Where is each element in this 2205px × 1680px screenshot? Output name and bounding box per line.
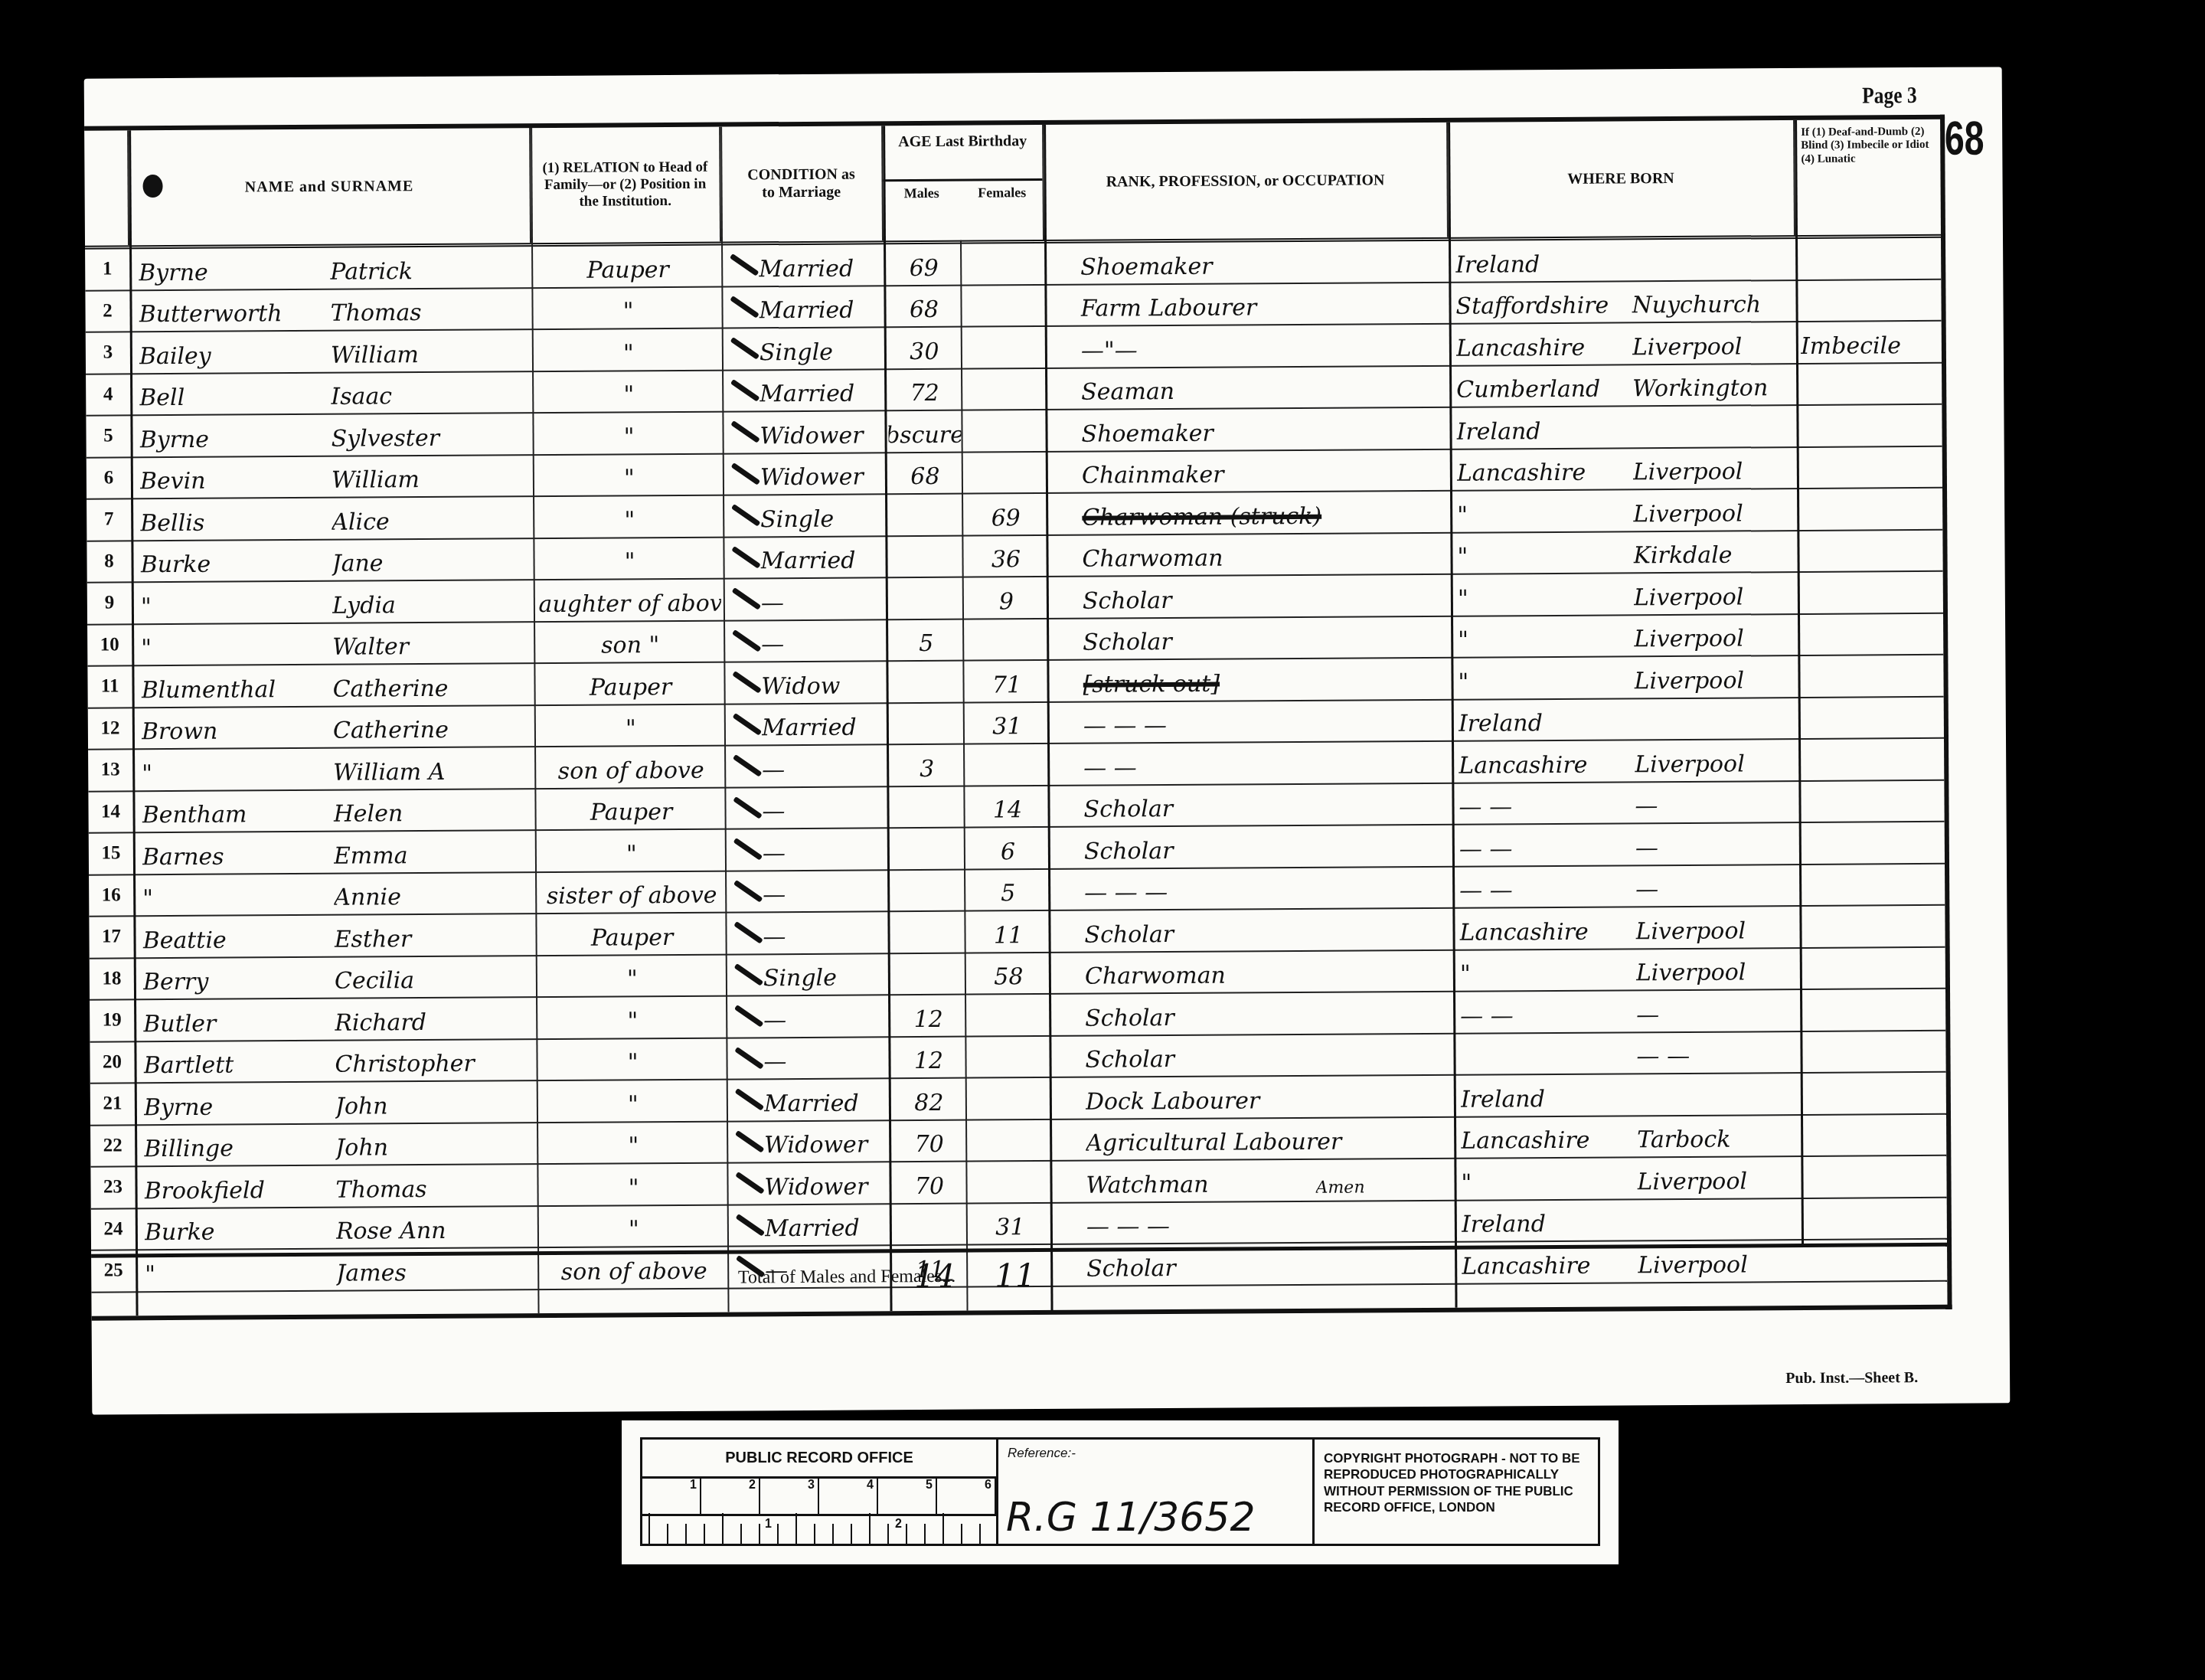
age-males-cell: 69 [887,244,960,285]
row-number-cell: 15 [89,833,133,874]
check-tick-icon [733,796,763,819]
header-where-born: WHERE BORN [1448,120,1795,237]
age-males-cell [893,1204,966,1244]
age-males-cell [891,912,964,953]
row-number-cell: 14 [88,792,132,832]
born-county-cell: " [1458,616,1634,657]
occupation-cell: Charwoman [1082,533,1442,575]
row-number-cell: 22 [90,1126,135,1166]
ruler-mark: 1 [642,1479,701,1514]
age-females-cell [969,1078,1050,1119]
relation-cell: " [541,830,723,871]
condition-cell: — [762,787,884,828]
header-age: AGE Last Birthday Males Females [883,125,1044,240]
infirmity-cell [1805,947,1950,989]
ruler-tick [704,1524,705,1544]
check-tick-icon [730,296,759,319]
ruler-mark: 3 [760,1479,819,1514]
forename-cell: John [335,1123,534,1165]
ruler-tick [722,1513,724,1544]
infirmity-cell [1802,613,1948,655]
forename-cell: Esther [334,914,533,956]
row-number-cell: 17 [89,917,133,957]
ruler-tick [648,1513,650,1544]
check-tick-icon [732,629,762,652]
row-number-cell: 1 [85,249,129,289]
ruler-inch-label: 2 [895,1518,902,1531]
born-county-cell: Lancashire [1459,907,1635,949]
infirmity-cell [1802,572,1948,613]
infirmity-cell [1803,697,1949,738]
born-county-cell: — — [1459,866,1635,907]
ruler-tick [906,1524,907,1544]
born-place-cell: Nuychurch [1632,281,1794,322]
relation-cell: daughter of above [539,580,721,621]
age-females-cell [965,410,1045,451]
occupation-cell: — — — [1086,1201,1446,1243]
born-county-cell: Ireland [1456,407,1632,448]
check-tick-icon [733,880,763,903]
relation-cell: Pauper [541,914,723,955]
born-place-cell: Tarbock [1637,1116,1799,1157]
header-row-number [84,130,129,245]
occupation-cell: Farm Labourer [1080,283,1440,325]
surname-cell: " [142,749,333,790]
condition-cell: Single [763,954,886,995]
forename-cell: Emma [334,831,533,872]
born-county-cell: — — [1459,824,1635,865]
age-females-cell: 5 [968,869,1048,910]
ruler-tick [795,1513,797,1544]
age-males-cell [890,662,962,702]
ruler-mark: 5 [878,1479,937,1514]
condition-cell: — [762,745,884,786]
born-place-cell: Kirkdale [1633,531,1795,573]
surname-cell: Burke [145,1208,336,1249]
check-tick-icon [730,379,760,402]
condition-cell: — [763,871,885,911]
ruler-tick [667,1524,668,1544]
born-place-cell: Liverpool [1632,322,1795,364]
born-place-cell: Liverpool [1634,573,1796,614]
age-females-cell [969,1036,1049,1077]
ruler-tick [685,1524,687,1544]
age-males-cell [890,703,963,744]
check-tick-icon [730,337,760,360]
relation-cell: Pauper [540,788,722,829]
born-place-cell: Liverpool [1636,949,1798,990]
check-tick-icon [731,504,761,527]
relation-cell: " [542,1080,724,1122]
age-females-cell [965,327,1045,368]
relation-cell: " [537,371,720,412]
age-females-cell [964,286,1044,326]
born-place-cell [1638,1199,1800,1240]
born-place-cell: Workington [1632,364,1795,406]
occupation-cell: Scholar [1083,783,1443,825]
infirmity-cell [1800,279,1945,321]
condition-cell: Married [764,1079,887,1119]
surname-cell: Berry [143,957,335,999]
totals-row: Total of Males and Females... 14 11 [91,1243,1947,1316]
age-females-cell: 31 [970,1203,1050,1244]
check-tick-icon [733,754,763,777]
relation-cell: " [538,496,720,538]
infirmity-cell [1805,1156,1951,1198]
forename-cell: Thomas [330,289,529,330]
surname-cell: Bentham [142,790,333,832]
age-males-cell [891,870,964,910]
born-county-cell: Staffordshire [1455,282,1632,323]
form-code: Pub. Inst.—Sheet B. [1785,1369,1918,1387]
condition-cell: Widower [764,1121,887,1162]
forename-cell: Helen [333,789,532,831]
condition-cell: Widower [759,411,882,452]
age-males-cell [890,578,962,619]
totals-males: 14 [914,1257,955,1295]
relation-cell: Pauper [539,663,721,704]
infirmity-cell [1804,864,1949,905]
born-county-cell: — — [1459,783,1635,824]
occupation-cell: Charwoman (struck) [1082,492,1442,534]
born-county-cell: Lancashire [1456,323,1632,364]
check-tick-icon [732,587,762,610]
check-tick-icon [731,462,761,485]
check-tick-icon [732,671,762,694]
infirmity-cell [1805,1031,1950,1072]
row-number-cell: 21 [90,1084,135,1124]
relation-cell: " [543,1205,725,1247]
born-place-cell [1635,698,1797,740]
born-county-cell [1460,1033,1636,1074]
header-occupation: RANK, PROFESSION, or OCCUPATION [1044,123,1449,240]
occupation-cell: Charwoman [1085,950,1445,992]
condition-cell: — [761,620,884,661]
surname-cell: Byrne [144,1083,335,1124]
born-place-cell [1632,406,1795,447]
surname-cell: Byrne [139,248,330,289]
infirmity-cell [1805,989,1950,1031]
ruler-tick [924,1524,926,1544]
age-males-cell: 72 [888,369,961,410]
age-males-cell: 82 [893,1079,965,1119]
infirmity-cell [1801,363,1946,404]
row-number-cell: 5 [86,416,130,456]
ruler-tick [740,1524,742,1544]
row-number-cell: 16 [89,875,133,916]
surname-cell: Beattie [142,916,334,957]
age-females-cell: 6 [968,828,1048,868]
age-females-cell: 14 [967,786,1047,826]
row-number-cell: 10 [87,625,132,665]
header-age-males: Males [884,185,960,201]
age-males-cell: 3 [890,745,963,786]
forename-cell: William A [333,747,532,789]
header-age-females: Females [960,185,1044,201]
ruler-tick [759,1524,760,1544]
relation-cell: " [542,1164,724,1205]
born-place-cell: Liverpool [1634,656,1796,698]
born-place-cell [1637,1074,1799,1115]
condition-cell: Married [762,704,884,744]
relation-cell: " [541,997,724,1038]
age-females-cell [965,369,1045,410]
born-place-cell: Liverpool [1635,740,1797,781]
age-males-cell: 5 [890,619,962,660]
ink-blot-icon [142,175,162,198]
surname-cell: " [141,623,332,665]
row-number-cell: 8 [87,541,131,582]
condition-cell: Widow [761,662,884,702]
row-number-cell: 20 [90,1042,134,1083]
row-number-cell: 13 [88,750,132,790]
infirmity-cell [1805,1114,1951,1155]
born-place-cell: Liverpool [1637,1157,1799,1198]
age-females-cell [965,453,1046,493]
relation-cell: " [542,1122,724,1163]
age-males-cell: [obscured] [888,411,961,452]
age-females-cell [964,244,1044,284]
reference-value: R.G 11/3652 [1006,1495,1256,1541]
condition-cell: Widower [764,1162,887,1203]
condition-cell: — [761,578,884,619]
occupation-cell: Chainmaker [1082,449,1442,492]
age-males-cell: 30 [888,328,961,368]
occupation-cell: Scholar [1085,992,1445,1034]
check-tick-icon [730,420,760,443]
check-tick-icon [731,546,761,569]
infirmity-cell [1802,530,1947,571]
born-county-cell: Ireland [1455,240,1632,281]
age-females-cell: 36 [965,536,1046,577]
born-county-cell: — — [1460,991,1636,1032]
row-number-cell: 12 [88,708,132,749]
age-females-cell [967,744,1047,785]
forename-cell: Rose Ann [336,1207,535,1248]
surname-cell: Burke [140,540,332,581]
infirmity-cell [1802,446,1947,488]
age-males-cell [889,495,962,535]
check-tick-icon [734,963,764,986]
check-tick-icon [730,253,759,276]
condition-cell: — [763,995,886,1036]
surname-cell: Brown [142,707,333,748]
copyright-notice: COPYRIGHT PHOTOGRAPH - NOT TO BE REPRODU… [1324,1450,1590,1515]
check-tick-icon [735,1172,765,1195]
occupation-cell: Shoemaker [1081,408,1441,450]
forename-cell: Alice [332,497,531,538]
occupation-cell: — — — [1084,867,1444,909]
age-females-cell [969,1162,1050,1202]
ruler-tick [832,1524,834,1544]
occupation-cell: Dock Labourer [1086,1076,1445,1118]
relation-cell: son of above [540,747,722,788]
surname-cell: " [142,874,334,915]
forename-cell: Thomas [335,1165,534,1206]
header-relation: (1) RELATION to Head of Family—or (2) Po… [531,127,721,244]
ruler-tick [777,1524,779,1544]
condition-cell: Married [760,537,883,577]
occupation-cell: —"— [1081,325,1441,367]
ruler-mark: 4 [819,1479,878,1514]
check-tick-icon [736,1214,766,1237]
born-place-cell [1632,239,1794,280]
born-place-cell: — [1635,823,1798,865]
record-office-stamp: PUBLIC RECORD OFFICE 123456 12 Reference… [622,1420,1619,1564]
surname-cell: Bell [139,373,331,414]
relation-cell: " [541,955,724,996]
age-females-cell: 71 [966,661,1047,701]
age-males-cell: 12 [892,1037,965,1077]
surname-cell: " [141,582,332,623]
infirmity-cell [1804,822,1949,864]
row-number-cell: 19 [90,1000,134,1041]
relation-cell: " [537,413,720,454]
age-males-cell [890,786,963,827]
occupation-cell: [struck out] [1083,659,1442,701]
occupation-cell: — — [1083,742,1443,784]
forename-cell: Walter [332,623,531,664]
infirmity-cell [1804,906,1949,947]
born-place-cell: Liverpool [1634,615,1796,656]
occupation-cell: Seaman [1081,366,1441,408]
ruler-mark: 6 [937,1479,996,1514]
forename-cell: Sylvester [331,413,530,455]
row-number-cell: 23 [90,1167,135,1208]
check-tick-icon [733,713,763,736]
row-number-cell: 4 [86,374,130,415]
age-males-cell: 70 [893,1120,965,1161]
condition-cell: Single [759,328,882,368]
surname-cell: Bailey [139,332,331,373]
surname-cell: Butler [143,999,335,1041]
forename-cell: Lydia [332,580,531,622]
born-county-cell: " [1461,1158,1637,1199]
census-sheet: Page 3 68 NAME and SURNAME (1) RELATION … [84,67,2011,1414]
relation-cell: son " [539,621,721,662]
born-county-cell: Ireland [1462,1200,1638,1241]
occupation-cell: Scholar [1083,616,1442,659]
office-title: PUBLIC RECORD OFFICE [642,1440,998,1479]
check-tick-icon [735,1130,765,1153]
row-number-cell: 6 [87,458,131,498]
age-females-cell [969,995,1049,1035]
ruler-cm: 123456 [642,1479,998,1516]
age-females-cell: 31 [967,702,1047,743]
born-county-cell: Lancashire [1459,740,1635,782]
born-county-cell: " [1457,490,1633,531]
occupation-cell: Agricultural Labourer [1086,1117,1445,1159]
age-males-cell: 70 [893,1162,965,1203]
age-females-cell: 11 [968,911,1048,952]
born-place-cell: — [1636,990,1798,1031]
header-infirmity: If (1) Deaf-and-Dumb (2) Blind (3) Imbec… [1795,119,1945,235]
born-place-cell: — [1635,865,1798,907]
born-county-cell: Cumberland [1456,365,1632,407]
row-number-cell: 9 [87,583,132,623]
born-place-cell: — — [1636,1032,1798,1074]
ruler-mark: 2 [701,1479,760,1514]
age-males-cell: 68 [889,453,962,493]
age-females-cell [969,1119,1050,1160]
forename-cell: Patrick [330,247,529,288]
row-number-cell: 2 [85,291,129,332]
reference-box: Reference:- R.G 11/3652 [998,1440,1315,1544]
check-tick-icon [735,1088,765,1111]
surname-cell: Butterworth [139,289,330,331]
surname-cell: Blumenthal [141,665,332,707]
relation-cell: " [540,704,722,746]
surname-cell: Byrne [139,415,331,456]
occupation-cell: Scholar [1084,909,1444,951]
surname-cell: Bellis [140,498,332,540]
occupation-cell: Scholar [1083,575,1442,617]
relation-cell: Pauper [537,246,719,287]
infirmity-cell [1800,238,1945,279]
relation-cell: " [541,1038,724,1080]
check-tick-icon [734,1005,764,1028]
check-tick-icon [733,838,763,861]
surname-cell: Brookfield [144,1166,335,1208]
stamp-frame: PUBLIC RECORD OFFICE 123456 12 Reference… [640,1437,1600,1546]
condition-cell: — [763,1038,886,1078]
forename-cell: William [331,330,530,371]
ruler-tick [979,1524,981,1544]
row-number-cell: 7 [87,499,131,540]
check-tick-icon [734,1047,764,1070]
infirmity-cell [1805,1073,1951,1114]
forename-cell: Isaac [331,372,530,413]
folio-number: 68 [1945,112,1984,166]
born-place-cell: — [1635,782,1797,823]
row-number-cell: 24 [91,1209,136,1250]
ruler-tick [869,1513,871,1544]
forename-cell: William [332,456,531,497]
forename-cell: John [335,1081,534,1123]
ruler-tick [851,1524,852,1544]
ruler-tick [814,1524,815,1544]
forename-cell: Catherine [332,664,531,705]
condition-cell: Married [759,286,881,327]
ruler-inch-label: 1 [765,1518,772,1531]
relation-cell: " [537,287,719,328]
born-place-cell: Liverpool [1633,489,1795,531]
surname-cell: Barnes [142,832,334,874]
relation-cell: " [538,538,720,579]
infirmity-cell [1802,655,1948,697]
check-tick-icon [733,921,763,944]
born-county-cell: " [1458,657,1634,698]
infirmity-cell: Imbecile [1801,322,1946,363]
condition-cell: Married [759,370,882,410]
totals-females: 11 [995,1257,1036,1294]
age-males-cell [892,953,965,994]
infirmity-cell [1801,405,1946,446]
infirmity-cell [1803,739,1949,780]
row-number-cell: 3 [86,332,130,373]
born-county-cell: Ireland [1461,1074,1637,1116]
born-county-cell: Lancashire [1457,449,1633,490]
forename-cell: Catherine [333,706,532,747]
relation-cell: " [537,329,720,371]
age-females-cell: 9 [966,577,1047,618]
born-county-cell: " [1457,532,1633,574]
age-divider [884,178,1043,181]
ruler-tick [887,1524,889,1544]
age-males-cell: 68 [887,286,960,326]
surname-cell: Billinge [144,1124,335,1165]
row-number-cell: 18 [90,959,134,999]
